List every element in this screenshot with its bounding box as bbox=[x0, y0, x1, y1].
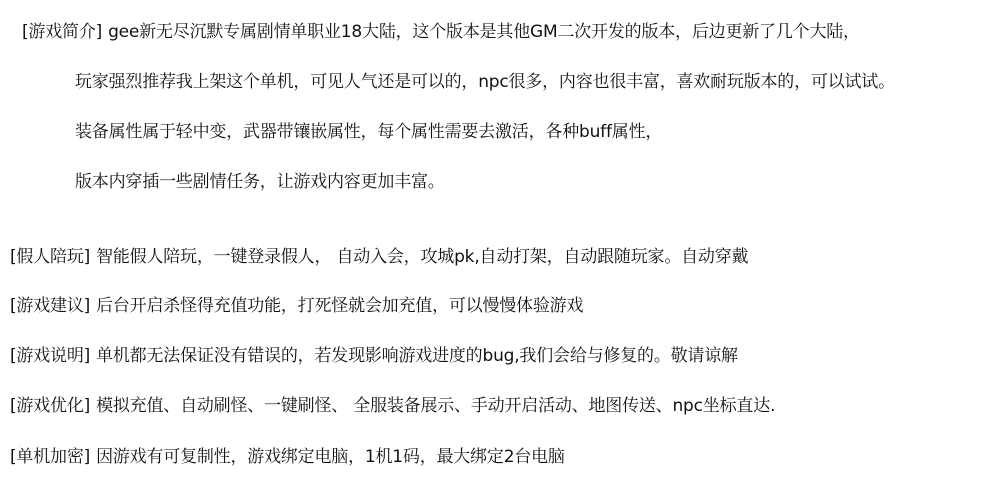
section-game-optimization: [游戏优化]模拟充值、自动刷怪、一键刷怪、 全服装备展示、手动开启活动、地图传送… bbox=[10, 395, 775, 417]
intro-text: 版本内穿插一些剧情任务，让游戏内容更加丰富。 bbox=[75, 172, 445, 192]
section-text: 智能假人陪玩，一键登录假人， 自动入会，攻城pk,自动打架，自动跟随玩家。自动穿… bbox=[96, 247, 748, 267]
intro-text: 装备属性属于轻中变，武器带镶嵌属性，每个属性需要去激活，各种buff属性， bbox=[75, 122, 662, 142]
section-encryption: [单机加密]因游戏有可复制性，游戏绑定电脑，1机1码，最大绑定2台电脑 bbox=[10, 446, 565, 468]
section-tag: [游戏建议] bbox=[10, 296, 90, 316]
section-tag: [游戏优化] bbox=[10, 396, 90, 416]
intro-line-2: 玩家强烈推荐我上架这个单机，可见人气还是可以的，npc很多，内容也很丰富，喜欢耐… bbox=[75, 71, 895, 93]
section-tag: [游戏说明] bbox=[10, 346, 90, 366]
section-text: 单机都无法保证没有错误的，若发现影响游戏进度的bug,我们会给与修复的。敬请谅解 bbox=[96, 346, 738, 366]
section-game-notes: [游戏说明]单机都无法保证没有错误的，若发现影响游戏进度的bug,我们会给与修复… bbox=[10, 345, 738, 367]
section-tag: [假人陪玩] bbox=[10, 247, 90, 267]
intro-tag: [游戏简介] bbox=[22, 22, 102, 42]
section-text: 模拟充值、自动刷怪、一键刷怪、 全服装备展示、手动开启活动、地图传送、npc坐标… bbox=[96, 396, 775, 416]
intro-text: gee新无尽沉默专属剧情单职业18大陆，这个版本是其他GM二次开发的版本，后边更… bbox=[108, 22, 860, 42]
intro-text: 玩家强烈推荐我上架这个单机，可见人气还是可以的，npc很多，内容也很丰富，喜欢耐… bbox=[75, 72, 895, 92]
section-tag: [单机加密] bbox=[10, 447, 90, 467]
section-text: 后台开启杀怪得充值功能，打死怪就会加充值，可以慢慢体验游戏 bbox=[96, 296, 583, 316]
section-fake-players: [假人陪玩]智能假人陪玩，一键登录假人， 自动入会，攻城pk,自动打架，自动跟随… bbox=[10, 246, 748, 268]
section-text: 因游戏有可复制性，游戏绑定电脑，1机1码，最大绑定2台电脑 bbox=[96, 447, 565, 467]
intro-line-3: 装备属性属于轻中变，武器带镶嵌属性，每个属性需要去激活，各种buff属性， bbox=[75, 121, 662, 143]
intro-line-1: [游戏简介]gee新无尽沉默专属剧情单职业18大陆，这个版本是其他GM二次开发的… bbox=[22, 21, 860, 43]
section-game-suggestion: [游戏建议]后台开启杀怪得充值功能，打死怪就会加充值，可以慢慢体验游戏 bbox=[10, 295, 583, 317]
intro-line-4: 版本内穿插一些剧情任务，让游戏内容更加丰富。 bbox=[75, 171, 445, 193]
